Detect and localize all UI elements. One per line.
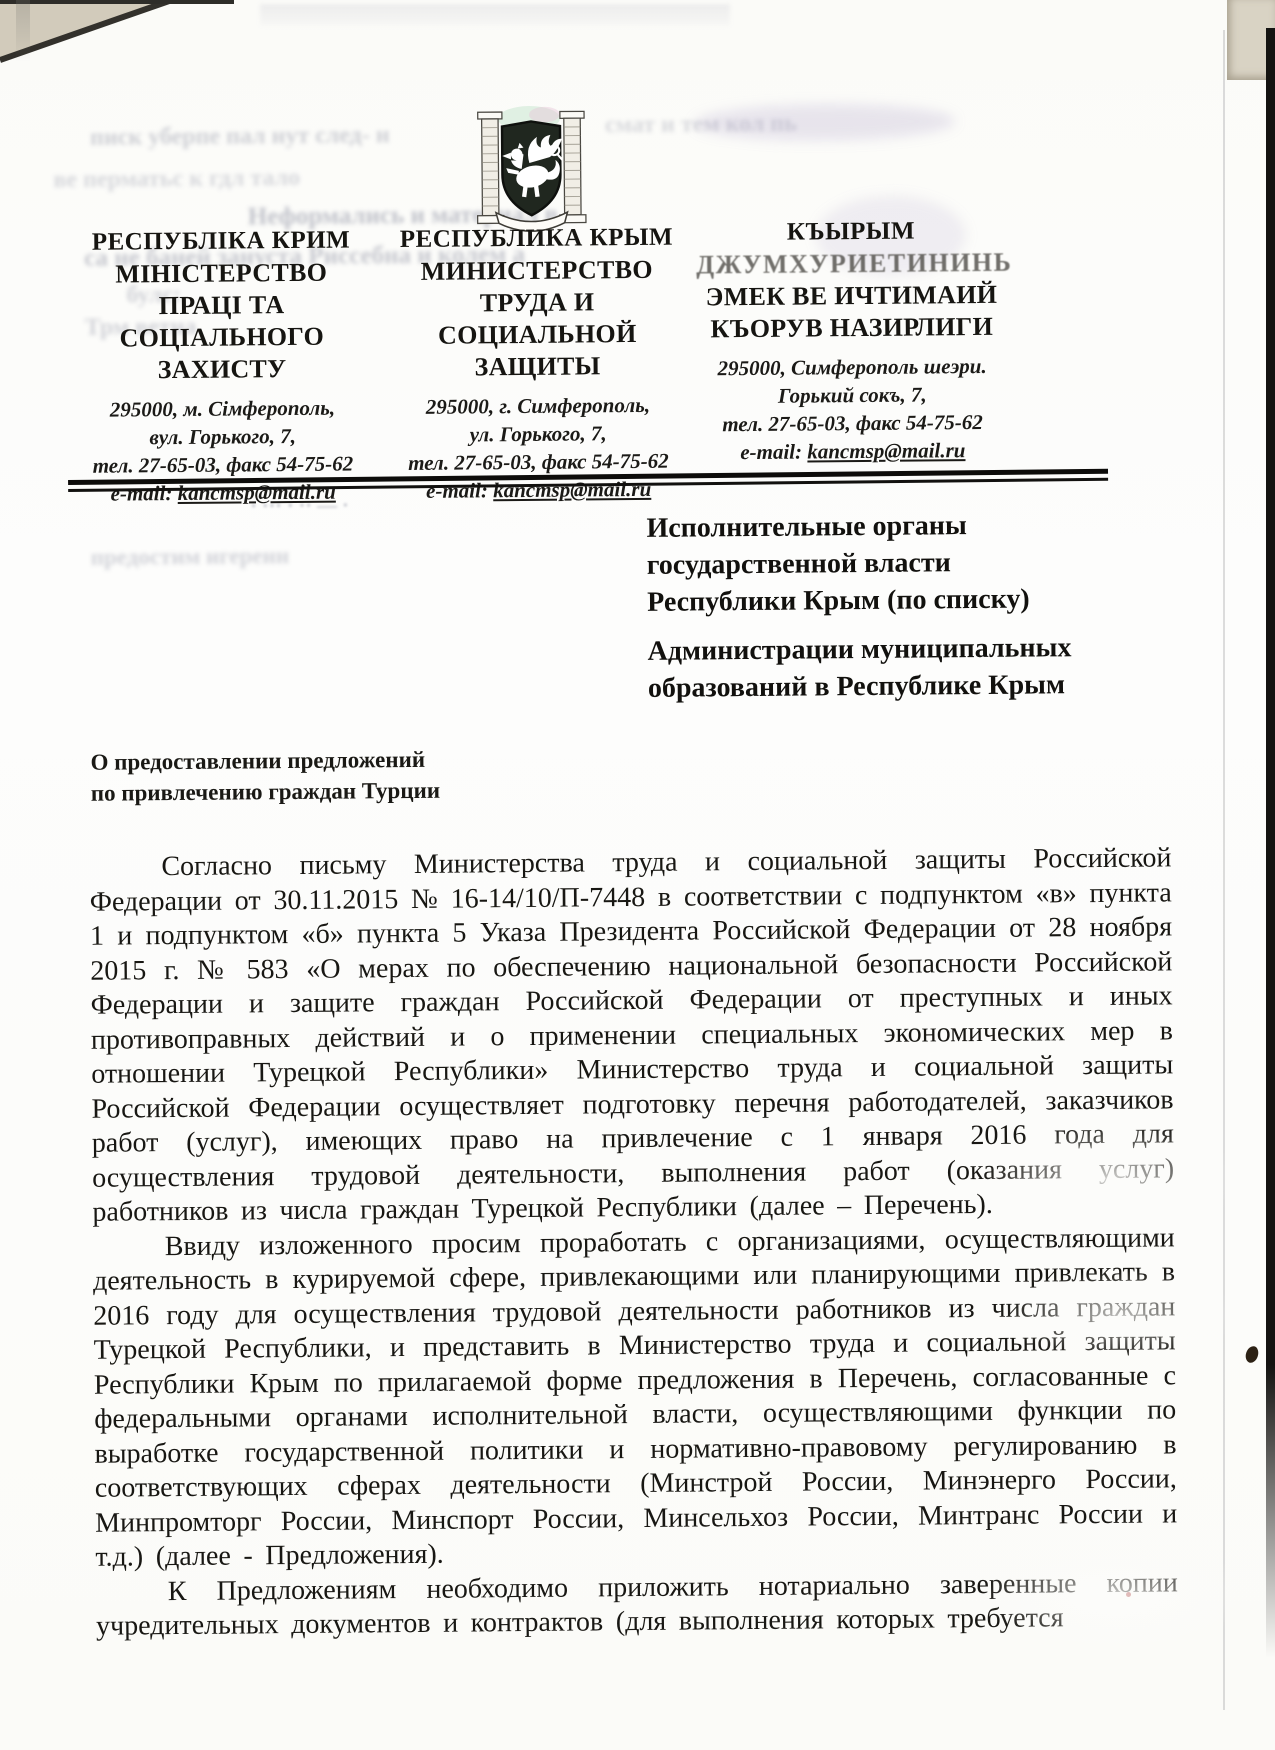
recipient-line: Республики Крым (по списку) (647, 580, 1117, 621)
address-line: Горький сокъ, 7, (697, 380, 1007, 411)
crimea-coat-of-arms (473, 100, 590, 233)
scanner-edge-shadow (1266, 28, 1275, 1658)
red-speck-artifact (1126, 1592, 1131, 1597)
address-line: 295000, Симферополь шеэри. (697, 352, 1007, 383)
email-label: e-mail: (740, 440, 802, 465)
org-line: РЕСПУБЛИКА КРЫМ (384, 222, 689, 257)
recipient-line: Исполнительные органы (646, 506, 1116, 547)
address-line: тел. 27-65-03, факс 54-75-62 (58, 449, 388, 480)
recipient-block: Исполнительные органы государственной вл… (646, 506, 1118, 707)
bleedthrough-line: писк уберпе пал нут след- н (90, 122, 390, 152)
org-line: МИНИСТЕРСТВО (384, 254, 689, 289)
bleedthrough-line: ве перматьс к гдл тало (53, 165, 300, 194)
address-line: ул. Горького, 7, (386, 419, 691, 450)
org-line: КЪЫРЫМ (696, 215, 1006, 250)
address-line: тел. 27-65-03, факс 54-75-62 (386, 447, 691, 478)
email-address: kancmsp@mail.ru (807, 438, 965, 463)
org-line: МІНІСТЕРСТВО (56, 256, 386, 291)
scan-smudge-artifact (260, 4, 730, 26)
org-line: ЗАЩИТЫ (385, 350, 690, 385)
recipient-line: государственной власти (647, 543, 1117, 584)
address-line: 295000, г. Симферополь, (385, 391, 690, 422)
org-line: РЕСПУБЛІКА КРИМ (56, 224, 386, 259)
recipient-line: Администрации муниципальных (647, 629, 1117, 670)
scan-content: писк уберпе пал нут след- н ве перматьс … (0, 0, 1275, 1750)
address-block: 295000, Симферополь шеэри. Горький сокъ,… (697, 352, 1008, 467)
letterhead-ukrainian: РЕСПУБЛІКА КРИМ МІНІСТЕРСТВО ПРАЦІ ТА СО… (56, 224, 388, 508)
org-line: ТРУДА И СОЦИАЛЬНОЙ (384, 286, 690, 353)
bleedthrough-line: предостим игеренн (91, 543, 290, 571)
letterhead-crimean-tatar: КЪЫРЫМ ДЖУМХУРИЕТИНИНЬ ЭМЕК ВЕ ИЧТИМАИЙ … (696, 215, 1008, 467)
subject-line: по привлечению граждан Турции (91, 775, 441, 809)
right-column (559, 111, 586, 222)
bleedthrough-smudge (695, 103, 955, 141)
letter-body: Согласно письму Министерства труда и соц… (89, 841, 1178, 1644)
body-paragraph: К Предложениям необходимо приложить нота… (96, 1566, 1179, 1644)
org-line: ДЖУМХУРИЕТИНИНЬ (696, 247, 1006, 282)
left-column (477, 112, 504, 223)
body-paragraph: Ввиду изложенного просим проработать с о… (93, 1221, 1178, 1575)
subject-block: О предоставлении предложений по привлече… (90, 744, 440, 809)
email-line: e-mail: kancmsp@mail.ru (698, 436, 1008, 467)
scanned-letter-page: писк уберпе пал нут след- н ве перматьс … (0, 0, 1275, 1750)
scan-streak-artifact (16, 0, 30, 62)
org-line: ЗАХИСТУ (57, 352, 387, 387)
org-line: ЭМЕК ВЕ ИЧТИМАИЙ (696, 279, 1006, 314)
body-paragraph: Согласно письму Министерства труда и соц… (89, 841, 1174, 1230)
letterhead-russian: РЕСПУБЛИКА КРЫМ МИНИСТЕРСТВО ТРУДА И СОЦ… (384, 222, 691, 506)
page-edge-line (1223, 30, 1225, 1710)
address-line: вул. Горького, 7, (58, 421, 388, 452)
org-line: ПРАЦІ ТА СОЦІАЛЬНОГО (56, 288, 387, 355)
subject-line: О предоставлении предложений (90, 744, 440, 778)
address-line: тел. 27-65-03, факс 54-75-62 (697, 408, 1007, 439)
address-line: 295000, м. Сімферополь, (57, 393, 387, 424)
folded-corner-artifact (0, 0, 250, 75)
org-line: КЪОРУВ НАЗИРЛИГИ (697, 311, 1007, 346)
recipient-line: образований в Республике Крым (648, 666, 1118, 707)
